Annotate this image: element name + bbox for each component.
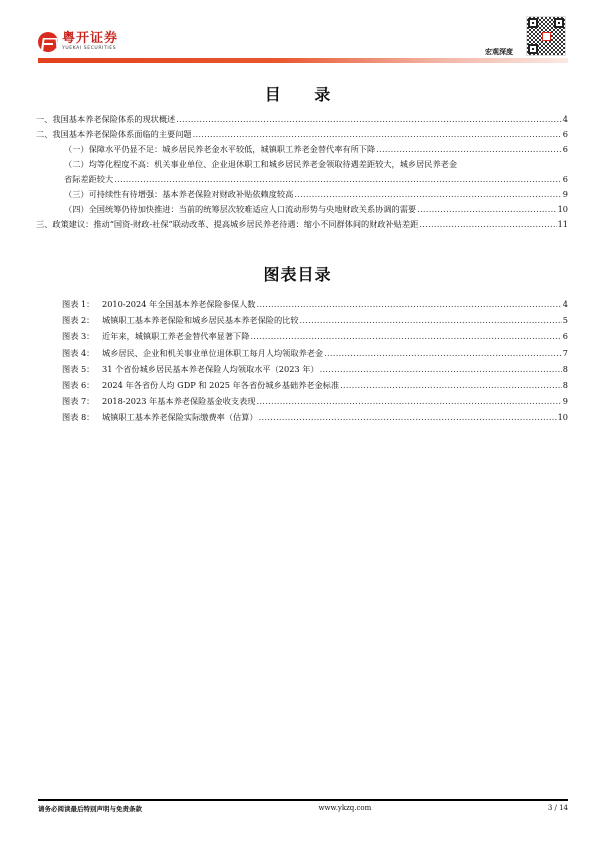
figure-item[interactable]: 图表 5： 31 个省份城乡居民基本养老保险人均领取水平（2023 年） 8 xyxy=(62,361,568,377)
figures-list-title: 图表目录 xyxy=(0,262,595,285)
leader-dots xyxy=(419,217,556,232)
website-link[interactable]: www.ykzq.com xyxy=(319,804,372,813)
disclaimer-notice: 请务必阅读最后特别声明与免责条款 xyxy=(38,804,142,813)
leader-dots xyxy=(376,142,562,157)
page-footer: 请务必阅读最后特别声明与免责条款 www.ykzq.com 3 / 14 xyxy=(38,804,568,813)
figure-page-number: 4 xyxy=(563,296,568,312)
toc-item[interactable]: （一）保障水平仍显不足：城乡居民养老金水平较低，城镇职工养老金替代率有所下降 6 xyxy=(36,142,568,157)
leader-dots xyxy=(256,296,561,312)
table-of-contents: 一、我国基本养老保险体系的现状概述 4 二、我国基本养老保险体系面临的主要问题 … xyxy=(36,112,568,232)
logo-name-en: YUEKAI SECURITIES xyxy=(62,46,118,52)
leader-dots xyxy=(324,345,562,361)
figure-number: 图表 5： xyxy=(62,361,102,377)
figure-number: 图表 7： xyxy=(62,393,102,409)
page-indicator: 3 / 14 xyxy=(548,804,568,813)
leader-dots xyxy=(294,187,562,202)
toc-page-number: 4 xyxy=(563,112,568,127)
qr-code-icon xyxy=(526,16,566,56)
toc-page-number: 6 xyxy=(563,142,568,157)
leader-dots xyxy=(176,112,562,127)
figure-number: 图表 4： xyxy=(62,345,102,361)
leader-dots xyxy=(250,328,561,344)
figure-item[interactable]: 图表 7： 2018-2023 年基本养老保险基金收支表现 9 xyxy=(62,393,568,409)
figure-page-number: 5 xyxy=(563,312,568,328)
toc-item[interactable]: 三、政策建议：推动“国资-财政-社保”联动改革、提高城乡居民养老待遇：缩小不同群… xyxy=(36,217,568,232)
leader-dots xyxy=(340,377,562,393)
figure-item[interactable]: 图表 8： 城镇职工基本养老保险实际缴费率（估算） 10 xyxy=(62,409,568,425)
figure-page-number: 6 xyxy=(563,328,568,344)
toc-page-number: 6 xyxy=(563,127,568,142)
leader-dots xyxy=(256,393,561,409)
figure-item[interactable]: 图表 1： 2010-2024 年全国基本养老保险参保人数 4 xyxy=(62,296,568,312)
leader-dots xyxy=(320,361,562,377)
report-type-label: 宏观深度 xyxy=(485,47,513,57)
figure-number: 图表 3： xyxy=(62,328,102,344)
toc-page-number: 11 xyxy=(558,217,568,232)
toc-item-continued[interactable]: 省际差距较大 6 xyxy=(36,172,568,187)
leader-dots xyxy=(114,172,562,187)
footer-rule xyxy=(38,799,568,801)
toc-page-number: 10 xyxy=(558,202,568,217)
toc-item[interactable]: （四）全国统筹仍待加快推进：当前的统筹层次较难适应人口流动形势与央地财政关系协调… xyxy=(36,202,568,217)
toc-item[interactable]: （二）均等化程度不高：机关事业单位、企业退休职工和城乡居民养老金领取待遇差距较大… xyxy=(36,157,568,172)
toc-page-number: 9 xyxy=(563,187,568,202)
figure-item[interactable]: 图表 6： 2024 年各省份人均 GDP 和 2025 年各省份城乡基础养老金… xyxy=(62,377,568,393)
figures-list: 图表 1： 2010-2024 年全国基本养老保险参保人数 4 图表 2： 城镇… xyxy=(62,296,568,426)
figure-item[interactable]: 图表 4： 城乡居民、企业和机关事业单位退休职工每月人均领取养老金 7 xyxy=(62,345,568,361)
toc-item[interactable]: 二、我国基本养老保险体系面临的主要问题 6 xyxy=(36,127,568,142)
figure-page-number: 7 xyxy=(563,345,568,361)
figure-page-number: 8 xyxy=(563,377,568,393)
page-header: 粤开证券 YUEKAI SECURITIES 宏观深度 xyxy=(0,0,595,64)
figure-number: 图表 2： xyxy=(62,312,102,328)
figure-item[interactable]: 图表 2： 城镇职工基本养老保险和城乡居民基本养老保险的比较 5 xyxy=(62,312,568,328)
company-logo: 粤开证券 YUEKAI SECURITIES xyxy=(38,32,118,52)
figure-page-number: 8 xyxy=(563,361,568,377)
header-accent-bar xyxy=(38,58,568,63)
logo-name-cn: 粤开证券 xyxy=(62,32,118,46)
toc-page-number: 6 xyxy=(563,172,568,187)
leader-dots xyxy=(259,409,557,425)
toc-item[interactable]: （三）可持续性有待增强：基本养老保险对财政补贴依赖度较高 9 xyxy=(36,187,568,202)
logo-emblem-icon xyxy=(38,32,58,52)
leader-dots xyxy=(300,312,562,328)
figure-item[interactable]: 图表 3： 近年来，城镇职工养老金替代率显著下降 6 xyxy=(62,328,568,344)
figure-page-number: 9 xyxy=(563,393,568,409)
figure-number: 图表 6： xyxy=(62,377,102,393)
leader-dots xyxy=(193,127,562,142)
figure-number: 图表 8： xyxy=(62,409,102,425)
figure-page-number: 10 xyxy=(558,409,568,425)
leader-dots xyxy=(417,202,557,217)
toc-title: 目 录 xyxy=(0,82,595,105)
toc-item[interactable]: 一、我国基本养老保险体系的现状概述 4 xyxy=(36,112,568,127)
figure-number: 图表 1： xyxy=(62,296,102,312)
